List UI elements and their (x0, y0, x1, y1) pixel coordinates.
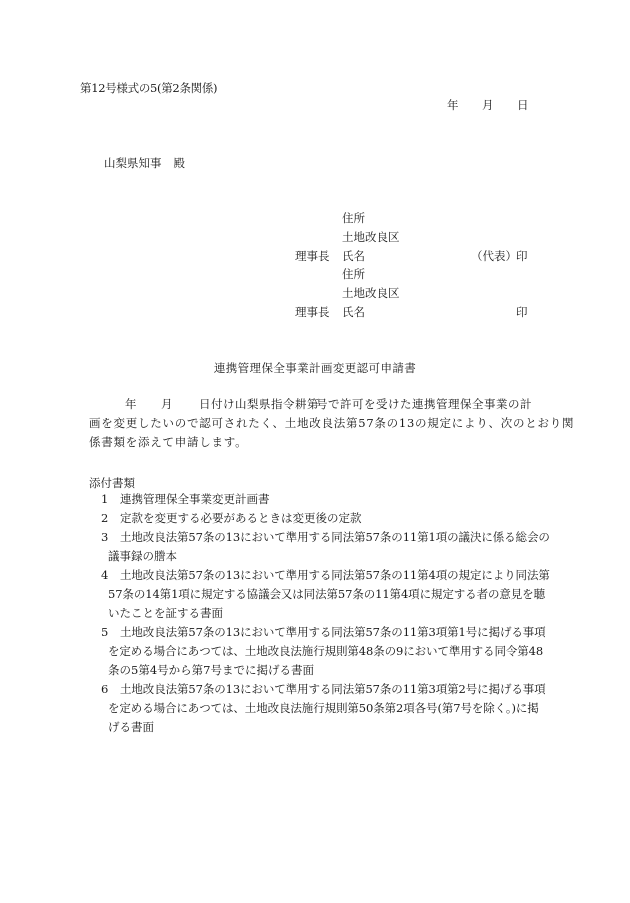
attachment-5-line-1: 土地改良法第57条の13において準用する同法第57条の11第3項第1号に掲げる事… (120, 624, 546, 640)
attachment-4-line-3: いたことを証する書面 (108, 605, 223, 621)
attachment-5-number: 5 (101, 624, 108, 640)
attachment-2-line-1: 定款を変更する必要があるときは変更後の定款 (120, 510, 362, 526)
date-day: 日 (517, 97, 529, 113)
date-month: 月 (482, 97, 494, 113)
attachment-4-number: 4 (101, 567, 108, 583)
body-year: 年 (125, 396, 137, 412)
applicant-2-role: 理事長 (295, 304, 330, 320)
attachment-6-line-3: げる書面 (108, 719, 154, 735)
applicant-2-name-label: 氏名 (342, 304, 365, 320)
attachment-3-number: 3 (101, 529, 108, 545)
applicant-2-district-label: 土地改良区 (342, 285, 400, 301)
applicant-1-representative: （代表） (471, 248, 517, 264)
body-date-suffix: 日付け山梨県指令耕第 (199, 396, 319, 412)
date-year: 年 (447, 97, 459, 113)
attachment-6-line-1: 土地改良法第57条の13において準用する同法第57条の11第3項第2号に掲げる事… (120, 681, 546, 697)
applicant-1-district-label: 土地改良区 (342, 229, 400, 245)
attachment-2-number: 2 (101, 510, 108, 526)
body-number-suffix: 号で許可を受けた連携管理保全事業の計 (316, 396, 532, 412)
applicant-2-seal: 印 (516, 304, 528, 320)
attachment-4-line-2: 57条の14第1項に規定する協議会又は同法第57条の11第4項に規定する者の意見… (108, 586, 545, 602)
form-number: 第12号様式の5(第2条関係) (80, 80, 217, 96)
attachments-heading: 添付書類 (89, 475, 135, 491)
addressee: 山梨県知事殿 (104, 155, 185, 171)
body-line-3: 係書類を添えて申請します。 (89, 434, 247, 450)
applicant-1-seal: 印 (516, 248, 528, 264)
attachment-5-line-3: 条の5第4号から第7号までに掲げる書面 (108, 662, 314, 678)
applicant-2-address-label: 住所 (342, 266, 365, 282)
body-month: 月 (161, 396, 173, 412)
applicant-1-role: 理事長 (295, 248, 330, 264)
attachment-6-line-2: を定める場合にあつては、土地改良法施行規則第50条第2項各号(第7号を除く。)に… (108, 700, 539, 716)
attachment-1-line-1: 連携管理保全事業変更計画書 (120, 491, 270, 507)
attachment-3-line-2: 議事録の謄本 (108, 548, 177, 564)
attachment-5-line-2: を定める場合にあつては、土地改良法施行規則第48条の9において準用する同令第48 (108, 643, 543, 659)
applicant-1-name-label: 氏名 (342, 248, 365, 264)
applicant-1-address-label: 住所 (342, 210, 365, 226)
addressee-name: 山梨県知事 (104, 156, 162, 170)
document-title: 連携管理保全事業計画変更認可申請書 (0, 360, 630, 376)
body-line-2: 画を変更したいので認可されたく、土地改良法第57条の13の規定により、次のとおり… (89, 415, 574, 431)
addressee-honorific: 殿 (174, 156, 186, 170)
attachment-6-number: 6 (101, 681, 108, 697)
attachment-1-number: 1 (101, 491, 108, 507)
attachment-4-line-1: 土地改良法第57条の13において準用する同法第57条の11第4項の規定により同法… (120, 567, 550, 583)
attachment-3-line-1: 土地改良法第57条の13において準用する同法第57条の11第1項の議決に係る総会… (120, 529, 550, 545)
